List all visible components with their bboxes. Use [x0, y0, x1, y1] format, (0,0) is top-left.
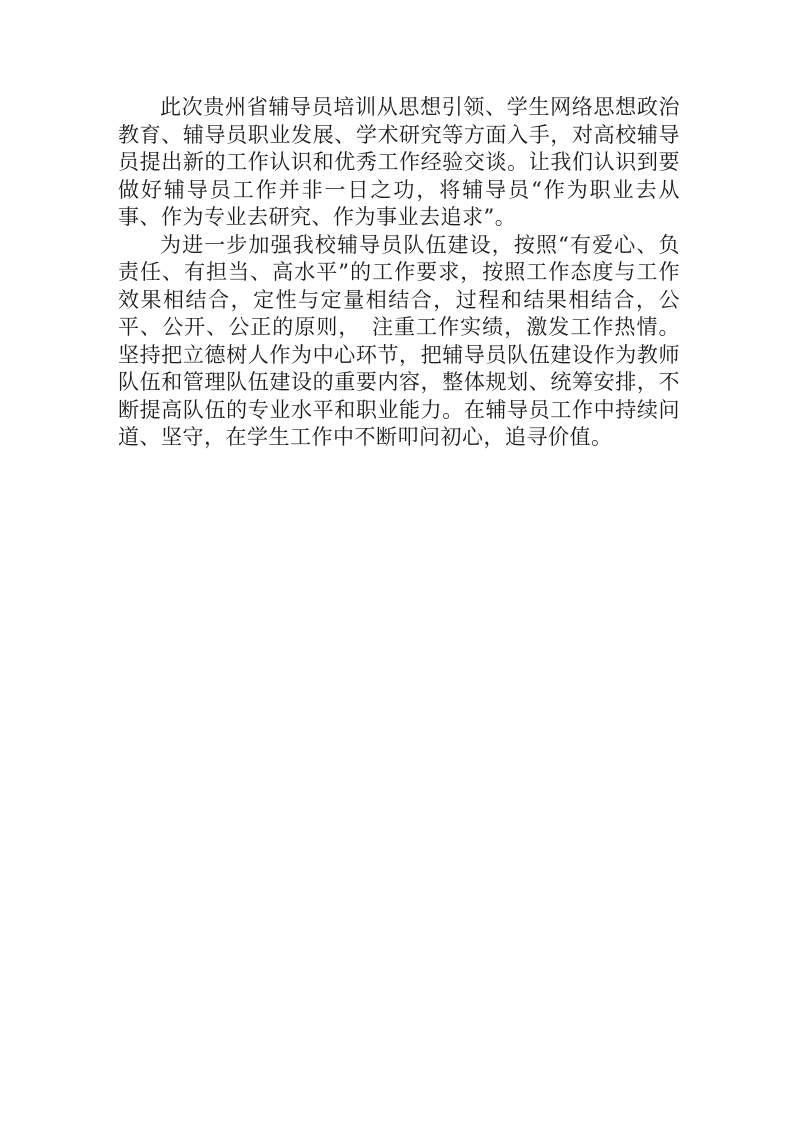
paragraph-team-building: 为进一步加强我校辅导员队伍建设，按照“有爱心、负责任、有担当、高水平”的工作要求…: [118, 232, 680, 452]
document-page: 此次贵州省辅导员培训从思想引领、学生网络思想政治教育、辅导员职业发展、学术研究等…: [0, 0, 793, 1122]
paragraph-training-summary: 此次贵州省辅导员培训从思想引领、学生网络思想政治教育、辅导员职业发展、学术研究等…: [118, 94, 680, 232]
document-body: 此次贵州省辅导员培训从思想引领、学生网络思想政治教育、辅导员职业发展、学术研究等…: [118, 94, 680, 452]
